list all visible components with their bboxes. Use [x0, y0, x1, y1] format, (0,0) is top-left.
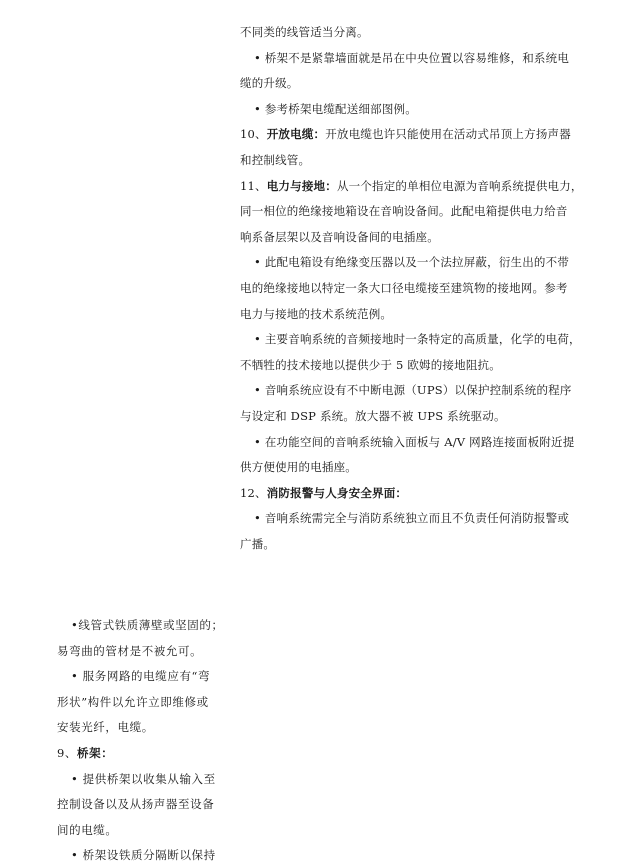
text-line: 易弯曲的管材是不被允可。: [57, 639, 219, 665]
text-line: 不牺牲的技术接地以提供少于 5 欧姆的接地阻抗。: [240, 353, 562, 379]
text-line: 形状”构件以允许立即维修或: [57, 690, 219, 716]
text-line: 从一个指定的单相位电源为音响系统提供电力，: [337, 179, 583, 193]
left-text-column: •线管式铁质薄壁或坚固的； 易弯曲的管材是不被允可。 • 服务网路的电缆应有“弯…: [57, 613, 219, 862]
bullet-line: • 服务网路的电缆应有“弯: [57, 664, 219, 690]
text-line: 和控制线管。: [240, 148, 562, 174]
section-12-heading-line: 12、消防报警与人身安全界面：: [240, 481, 562, 507]
bullet-line: • 在功能空间的音响系统输入面板与 A/V 网路连接面板附近提: [240, 430, 562, 456]
text-line: 缆的升级。: [240, 71, 562, 97]
bullet-line: • 桥架设铁质分隔断以保持: [57, 843, 219, 862]
section-9-heading-line: 9、桥架：: [57, 741, 219, 767]
bullet-line: • 此配电箱设有绝缘变压器以及一个法拉屏蔽，衍生出的不带: [240, 250, 562, 276]
section-number: 11、: [240, 179, 267, 193]
bullet-line: • 音响系统应设有不中断电源（UPS）以保护控制系统的程序: [240, 378, 562, 404]
section-heading: 消防报警与人身安全界面：: [267, 486, 407, 500]
section-heading: 开放电缆：: [267, 127, 326, 141]
bullet-line: •线管式铁质薄壁或坚固的；: [57, 613, 219, 639]
bullet-line: • 主要音响系统的音频接地时一条特定的高质量，化学的电荷，: [240, 327, 562, 353]
section-10-heading-line: 10、开放电缆：开放电缆也许只能使用在活动式吊顶上方扬声器: [240, 122, 562, 148]
text-line: 电的绝缘接地以特定一条大口径电缆接至建筑物的接地网。参考: [240, 276, 562, 302]
right-text-column: 不同类的线管适当分离。 • 桥架不是紧靠墙面就是吊在中央位置以容易维修，和系统电…: [240, 20, 562, 557]
bullet-line: • 提供桥架以收集从输入至: [57, 767, 219, 793]
section-11-heading-line: 11、电力与接地：从一个指定的单相位电源为音响系统提供电力，: [240, 174, 562, 200]
text-line: 电力与接地的技术系统范例。: [240, 302, 562, 328]
bullet-line: • 音响系统需完全与消防系统独立而且不负责任何消防报警或: [240, 506, 562, 532]
text-line: 控制设备以及从扬声器至设备: [57, 792, 219, 818]
section-number: 9、: [57, 746, 77, 760]
section-heading: 桥架：: [77, 746, 113, 760]
text-line: 与设定和 DSP 系统。放大器不被 UPS 系统驱动。: [240, 404, 562, 430]
bullet-line: • 桥架不是紧靠墙面就是吊在中央位置以容易维修，和系统电: [240, 46, 562, 72]
section-number: 12、: [240, 486, 267, 500]
text-line: 广播。: [240, 532, 562, 558]
text-line: 不同类的线管适当分离。: [240, 20, 562, 46]
text-line: 供方便使用的电插座。: [240, 455, 562, 481]
text-line: 响系备层架以及音响设备间的电插座。: [240, 225, 562, 251]
section-heading: 电力与接地：: [267, 179, 337, 193]
bullet-line: • 参考桥架电缆配送细部图例。: [240, 97, 562, 123]
text-line: 安装光纤，电缆。: [57, 715, 219, 741]
text-line: 开放电缆也许只能使用在活动式吊顶上方扬声器: [325, 127, 571, 141]
section-number: 10、: [240, 127, 267, 141]
text-line: 间的电缆。: [57, 818, 219, 844]
text-line: 同一相位的绝缘接地箱设在音响设备间。此配电箱提供电力给音: [240, 199, 562, 225]
